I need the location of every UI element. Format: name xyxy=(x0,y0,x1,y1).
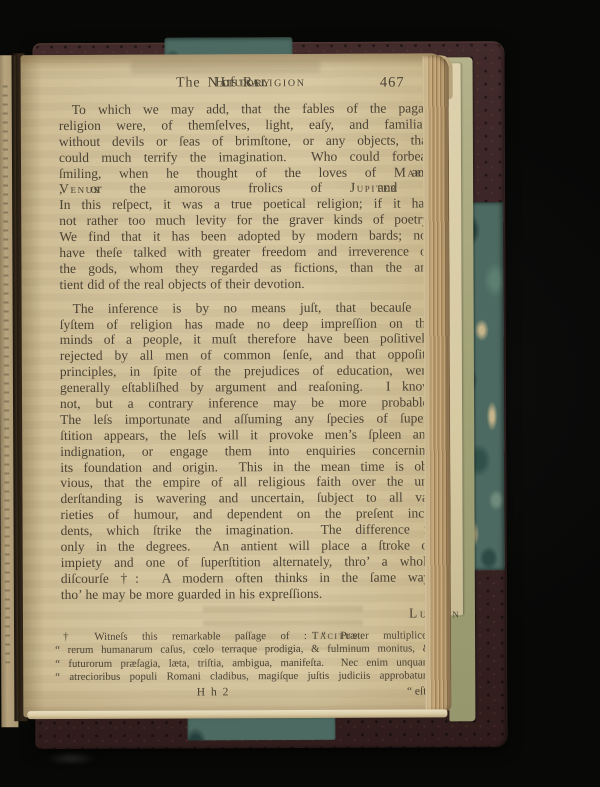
page-title: The Natural History of Religion. xyxy=(59,74,431,92)
text-line: The leſs importunate and aſſuming any ſp… xyxy=(60,410,432,428)
text-line: We find that it has been adopted by mode… xyxy=(59,228,431,246)
paragraph: The inference is by no means juſt, that … xyxy=(60,299,433,603)
page-content: The Natural History of Religion. 467 To … xyxy=(21,53,448,717)
text-line: the gods, whom they regarded as fictions… xyxy=(59,259,431,277)
text-line: minds of a people, it muſt therefore hav… xyxy=(60,331,432,349)
text-line: tho’ he may be more guarded in his expre… xyxy=(61,585,433,603)
paragraphs: To which we may add, that the fables of … xyxy=(59,100,433,602)
text-line: its foundation and origin. This in the m… xyxy=(60,458,432,476)
book: The Natural History of Religion. 467 To … xyxy=(0,0,600,787)
small-caps-word: Religion xyxy=(243,75,306,91)
footnote: † Witneſs this remarkable paſſage of Tac… xyxy=(55,629,431,700)
text-line: diſcourſe †: A modern often thinks in th… xyxy=(61,569,433,587)
text-line: ſyſtem of religion has made no deep impr… xyxy=(60,315,432,333)
text-line: impiety and one of ſuperſtition alternat… xyxy=(61,553,433,571)
text-line: generally eſtabliſhed by argument and re… xyxy=(60,379,432,397)
text-line: could much terrify the imagination. Who … xyxy=(59,148,431,166)
running-header: The Natural History of Religion. 467 xyxy=(59,74,431,94)
text-line: The inference is by no means juſt, that … xyxy=(60,299,432,317)
text-line: indignation, or engage them into enquiri… xyxy=(60,442,432,460)
text-line: dents, which ſtrike the imagination. The… xyxy=(61,522,433,540)
signature-line: H h 2 “ eſt, xyxy=(55,685,431,701)
footnote-line: “ atrecioribus populi Romani cladibus, m… xyxy=(55,670,431,685)
text-line: To which we may add, that the fables of … xyxy=(59,100,431,118)
text-line: ſtition appears, the leſs will it provok… xyxy=(60,426,432,444)
text-line: not, but a contrary inference may be mor… xyxy=(60,394,432,412)
text-line: rejected by all men of common ſenſe, and… xyxy=(60,347,432,365)
small-caps-word: Venus xyxy=(59,181,100,197)
text-line: have theſe talked with greater freedom a… xyxy=(59,243,431,261)
text-line: rieties of humour, and dependent on the … xyxy=(60,506,432,524)
text-line: tient did of the real objects of their d… xyxy=(59,275,431,293)
text-line: without devils or ſeas of brimſtone, or … xyxy=(59,132,431,150)
text-line: only in the degrees. An antient will pla… xyxy=(61,537,433,555)
text-line: In this reſpect, it was a true poetical … xyxy=(59,196,431,214)
page-number: 467 xyxy=(380,75,405,92)
book-photo-scene: The Natural History of Religion. 467 To … xyxy=(0,0,600,787)
small-caps-word: Tacitus xyxy=(304,630,359,644)
text-line: principles, in ſpite of the prejudices o… xyxy=(60,363,432,381)
text-line: derſtanding is wavering and uncertain, ſ… xyxy=(60,490,432,508)
reflection-smudge xyxy=(45,752,97,765)
fore-edge-pages xyxy=(423,55,452,711)
marbled-board-edge-bottom xyxy=(187,715,335,741)
small-caps-word: Jupiter xyxy=(350,180,398,196)
book-page: The Natural History of Religion. 467 To … xyxy=(21,53,448,717)
text-line: not rather too much levity for the grave… xyxy=(59,212,431,230)
text-line: religion were, of themſelves, light, eaſ… xyxy=(59,116,431,134)
signature-mark: H h 2 xyxy=(55,685,371,698)
paragraph: To which we may add, that the fables of … xyxy=(59,100,432,292)
text-line: vious, that the empire of all religious … xyxy=(60,474,432,492)
footnote-lines: † Witneſs this remarkable paſſage of Tac… xyxy=(55,629,431,684)
text-line: ſmiling, when he thought of the loves of… xyxy=(59,164,431,182)
text-line: Venus, or the amorous frolics of Jupiter… xyxy=(59,180,431,198)
